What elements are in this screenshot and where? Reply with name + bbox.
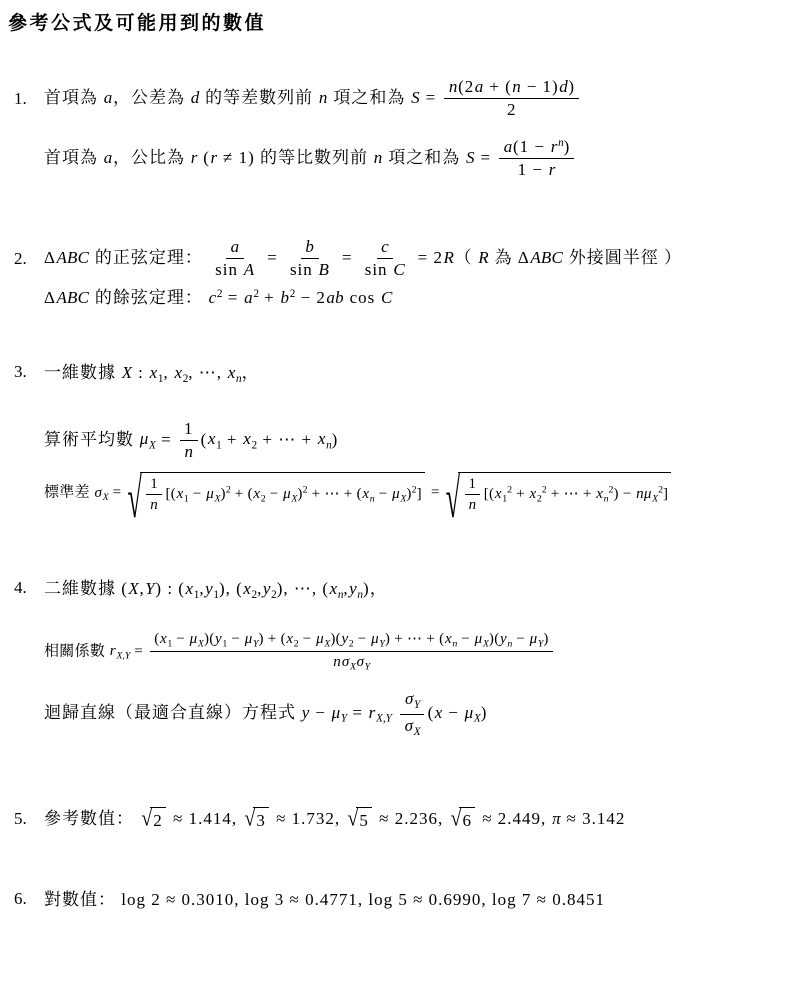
math-variable: x — [329, 579, 338, 598]
math-variable: ABC — [56, 288, 90, 307]
math-text: 6 — [462, 811, 472, 830]
math-text: )( — [330, 631, 341, 647]
math-text: − — [512, 631, 529, 647]
math-text: + ⋯ + — [257, 429, 317, 448]
math-variable: n — [150, 497, 159, 513]
math-sqrt: √1n[(x1 − μX)2 + (x2 − μX)2 + ⋯ + (xn − … — [127, 472, 424, 514]
math-text: 參考數值： — [44, 809, 139, 828]
math-text: ), ⋯, ( — [277, 579, 329, 598]
math-text: [( — [165, 486, 176, 502]
math-text: ) — [568, 77, 575, 96]
math-text: ) : ( — [155, 579, 185, 598]
math-variable: x — [317, 429, 326, 448]
math-variable: n — [448, 77, 458, 96]
math-variable: a — [103, 148, 113, 167]
math-fraction: 1n — [464, 475, 481, 514]
item-lines: 首項為 a，公差為 d 的等差數列前 n 項之和為 S = n(2a + (n … — [44, 77, 782, 181]
math-text: ) + ( — [258, 631, 285, 647]
math-sqrt: √2 — [141, 807, 165, 833]
radical-icon: √ — [244, 807, 255, 830]
math-variable: X — [121, 363, 133, 382]
formula-item-6: 6.對數值： log 2 ≈ 0.3010, log 3 ≈ 0.4771, l… — [14, 889, 782, 912]
math-variable: c — [208, 288, 217, 307]
math-variable: y — [301, 703, 310, 722]
math-text: = — [337, 248, 358, 267]
math-text: 3 — [256, 811, 266, 830]
math-text: ] — [663, 486, 668, 502]
radical-icon: √ — [347, 807, 358, 830]
math-subscript: X — [149, 439, 156, 451]
math-text: = — [156, 429, 177, 448]
formula-list: 1.首項為 a，公差為 d 的等差數列前 n 項之和為 S = n(2a + (… — [8, 77, 782, 912]
math-variable: π — [552, 809, 562, 828]
math-text: ，公差為 — [113, 88, 190, 107]
math-variable: x — [176, 486, 184, 502]
math-variable: n — [512, 77, 522, 96]
formula-item-5: 5.參考數值： √2 ≈ 1.414, √3 ≈ 1.732, √5 ≈ 2.2… — [14, 807, 782, 833]
math-variable: x — [207, 429, 216, 448]
math-text: ) + ⋯ + ( — [385, 631, 445, 647]
math-text: )， — [363, 579, 388, 598]
math-text: 首項為 — [44, 148, 103, 167]
math-text: − — [189, 486, 206, 502]
formula-line: 相關係數 rX,Y = (x1 − μX)(y1 − μY) + (x2 − μ… — [44, 630, 782, 674]
math-text: ) — [481, 703, 488, 722]
math-text: 1 — [150, 476, 158, 492]
math-variable: C — [393, 260, 406, 279]
math-text: 二維數據 ( — [44, 579, 128, 598]
math-variable: n — [318, 88, 328, 107]
item-number: 1. — [14, 77, 44, 109]
math-variable: x — [253, 486, 261, 502]
math-variable: x — [174, 363, 183, 382]
math-variable: x — [185, 579, 194, 598]
math-fraction: bsin B — [286, 237, 334, 281]
math-text: ] — [417, 486, 422, 502]
math-text: 項之和為 — [328, 88, 411, 107]
fraction-denominator: n — [180, 441, 198, 462]
math-text: ≈ 1.414, — [168, 809, 243, 828]
math-variable: x — [227, 363, 236, 382]
math-subscript: Y — [414, 699, 420, 711]
math-variable: x — [243, 579, 252, 598]
math-variable: μ — [139, 429, 149, 448]
math-variable: x — [149, 363, 158, 382]
math-text: ≈ 2.449, — [477, 809, 552, 828]
math-text: sin — [365, 260, 393, 279]
fraction-denominator: σX — [400, 715, 424, 739]
math-fraction: asin A — [211, 237, 259, 281]
math-text: (2 — [458, 77, 474, 96]
math-text: − — [310, 703, 331, 722]
math-variable: x — [434, 703, 443, 722]
math-text: ) — [564, 137, 571, 156]
radical-icon: √ — [450, 807, 461, 830]
fraction-denominator: n — [146, 495, 163, 514]
math-fraction: (x1 − μX)(y1 − μY) + (x2 − μX)(y2 − μY) … — [150, 630, 553, 674]
math-variable: R — [478, 248, 490, 267]
math-variable: r — [190, 148, 198, 167]
formula-line: 標準差 σX = √1n[(x1 − μX)2 + (x2 − μX)2 + ⋯… — [44, 472, 782, 514]
fraction-numerator: n(2a + (n − 1)d) — [444, 77, 579, 99]
math-text: 1 − — [518, 160, 549, 179]
fraction-numerator: c — [377, 237, 394, 259]
math-variable: r — [550, 137, 558, 156]
math-text: = — [475, 148, 496, 167]
math-text: + — [512, 486, 529, 502]
math-text: ≈ 2.236, — [374, 809, 449, 828]
radical-icon: √ — [446, 472, 460, 528]
math-fraction: 1n — [146, 475, 163, 514]
math-text: ≈ 1.732, — [271, 809, 346, 828]
math-variable: a — [230, 237, 240, 256]
fraction-denominator: n — [464, 495, 481, 514]
math-text: 1 — [184, 419, 194, 438]
math-fraction: 1n — [180, 419, 198, 463]
math-text: + ( — [484, 77, 512, 96]
math-text: − — [457, 631, 474, 647]
math-text: 項之和為 — [383, 148, 466, 167]
math-text: + ⋯ + — [547, 486, 596, 502]
fraction-numerator: (x1 − μX)(y1 − μY) + (x2 − μX)(y2 − μY) … — [150, 630, 553, 652]
math-text: − 2 — [295, 288, 326, 307]
fraction-denominator: nσXσY — [329, 652, 374, 673]
math-text: + ⋯ + ( — [308, 486, 362, 502]
math-subscript: X — [414, 725, 421, 737]
item-number: 5. — [14, 807, 44, 829]
math-sqrt: √3 — [244, 807, 268, 833]
item-lines: 二維數據 (X,Y) : (x1,y1), (x2,y2), ⋯, (xn,yn… — [44, 578, 782, 738]
math-text: − — [266, 486, 283, 502]
math-sqrt: √1n[(x12 + x22 + ⋯ + xn2) − nμX2] — [446, 472, 672, 514]
math-text: ), ( — [219, 579, 243, 598]
fraction-numerator: a(1 − rn) — [499, 137, 574, 160]
math-text: 一維數據 — [44, 363, 121, 382]
fraction-numerator: a — [226, 237, 244, 259]
fraction-denominator: sin C — [361, 259, 410, 280]
sqrt-body: 6 — [459, 807, 475, 833]
math-text: 5 — [359, 811, 369, 830]
math-fraction: a(1 − rn)1 − r — [499, 137, 574, 181]
item-lines: 參考數值： √2 ≈ 1.414, √3 ≈ 1.732, √5 ≈ 2.236… — [44, 807, 782, 833]
math-text: = 2 — [412, 248, 443, 267]
item-lines: 對數值： log 2 ≈ 0.3010, log 3 ≈ 0.4771, log… — [44, 889, 782, 912]
math-variable: σ — [94, 485, 103, 501]
math-text: ，公比為 — [113, 148, 190, 167]
math-text: (1 − — [513, 137, 550, 156]
formula-line: 參考數值： √2 ≈ 1.414, √3 ≈ 1.732, √5 ≈ 2.236… — [44, 807, 782, 833]
formula-item-3: 3.一維數據 X : x1, x2, ⋯, xn，算術平均數 μX = 1n(x… — [14, 362, 782, 515]
formula-line: 對數值： log 2 ≈ 0.3010, log 3 ≈ 0.4771, log… — [44, 889, 782, 912]
math-text: − — [375, 486, 392, 502]
math-variable: a — [103, 88, 113, 107]
math-text: = — [420, 88, 441, 107]
formula-line: 二維數據 (X,Y) : (x1,y1), (x2,y2), ⋯, (xn,yn… — [44, 578, 782, 603]
document-page: 參考公式及可能用到的數值 1.首項為 a，公差為 d 的等差數列前 n 項之和為… — [0, 0, 790, 998]
math-subscript: X — [474, 713, 481, 725]
math-variable: μ — [316, 631, 325, 647]
math-text: : — [133, 363, 149, 382]
math-text: , — [199, 579, 204, 598]
math-variable: r — [210, 148, 218, 167]
sqrt-body: 5 — [356, 807, 372, 833]
math-text — [392, 703, 397, 722]
math-variable: Y — [145, 579, 156, 598]
formula-line: 首項為 a，公差為 d 的等差數列前 n 項之和為 S = n(2a + (n … — [44, 77, 782, 121]
math-text: 的正弦定理： — [90, 248, 209, 267]
math-text: sin — [215, 260, 243, 279]
math-text: − 1) — [521, 77, 558, 96]
math-variable: ABC — [56, 248, 90, 267]
math-text: 首項為 — [44, 88, 103, 107]
math-fraction: n(2a + (n − 1)d)2 — [444, 77, 579, 121]
math-text: + ( — [231, 486, 253, 502]
math-variable: σ — [341, 654, 350, 670]
math-text: − — [299, 631, 316, 647]
math-variable: σ — [404, 716, 414, 735]
math-text: 算術平均數 — [44, 429, 139, 448]
math-text: ) — [543, 631, 548, 647]
formula-line: ΔABC 的正弦定理： asin A = bsin B = csin C = 2… — [44, 237, 782, 281]
math-variable: A — [243, 260, 255, 279]
math-text: 2 — [507, 100, 517, 119]
math-subscript: X,Y — [376, 713, 392, 725]
fraction-numerator: 1 — [180, 419, 198, 441]
math-text: Δ — [44, 248, 56, 267]
math-variable: b — [305, 237, 315, 256]
math-sqrt: √6 — [450, 807, 474, 833]
formula-item-1: 1.首項為 a，公差為 d 的等差數列前 n 項之和為 S = n(2a + (… — [14, 77, 782, 181]
fraction-denominator: 2 — [503, 99, 521, 120]
math-variable: n — [468, 497, 477, 513]
math-text: − — [443, 703, 464, 722]
formula-line: 一維數據 X : x1, x2, ⋯, xn， — [44, 362, 782, 387]
math-text: ) − — [613, 486, 635, 502]
math-text: 為 Δ — [489, 248, 529, 267]
math-text: , ⋯, — [188, 363, 227, 382]
math-variable: y — [262, 579, 271, 598]
sqrt-body: 2 — [150, 807, 166, 833]
math-subscript: X,Y — [116, 650, 130, 661]
math-variable: a — [503, 137, 513, 156]
math-variable: μ — [464, 703, 474, 722]
formula-line: 首項為 a，公比為 r (r ≠ 1) 的等比數列前 n 項之和為 S = a(… — [44, 137, 782, 181]
math-variable: μ — [331, 703, 341, 722]
math-text: 對數值： log 2 ≈ 0.3010, log 3 ≈ 0.4771, log… — [44, 890, 605, 909]
math-text: 相關係數 — [44, 643, 109, 659]
math-text: , — [343, 579, 348, 598]
item-number: 4. — [14, 578, 44, 598]
math-text: = — [130, 643, 147, 659]
formula-line: 迴歸直線（最適合直線）方程式 y − μY = rX,Y σYσX(x − μX… — [44, 689, 782, 739]
math-text: )( — [489, 631, 500, 647]
math-text: ≠ 1) 的等比數列前 — [218, 148, 374, 167]
math-variable: x — [596, 486, 604, 502]
math-variable: b — [280, 288, 290, 307]
fraction-numerator: 1 — [465, 475, 481, 495]
math-text: = — [262, 248, 283, 267]
math-text: 的餘弦定理： — [90, 288, 209, 307]
math-variable: nμ — [636, 486, 652, 502]
sqrt-body: 3 — [253, 807, 269, 833]
math-text: 迴歸直線（最適合直線）方程式 — [44, 703, 301, 722]
math-text: ( — [198, 148, 210, 167]
item-lines: ΔABC 的正弦定理： asin A = bsin B = csin C = 2… — [44, 237, 782, 310]
math-text: 標準差 — [44, 485, 94, 501]
math-variable: r — [368, 703, 376, 722]
math-variable: a — [474, 77, 484, 96]
radical-icon: √ — [141, 807, 152, 830]
fraction-numerator: b — [301, 237, 319, 259]
math-text: + — [222, 429, 243, 448]
math-variable: d — [190, 88, 200, 107]
formula-item-2: 2.ΔABC 的正弦定理： asin A = bsin B = csin C =… — [14, 237, 782, 310]
math-text: ， — [242, 363, 260, 382]
math-variable: ab — [326, 288, 344, 307]
math-variable: a — [244, 288, 254, 307]
math-variable: ABC — [530, 248, 564, 267]
math-text: = — [223, 288, 244, 307]
fraction-numerator: σY — [400, 689, 424, 714]
math-text: 2 — [153, 811, 163, 830]
sqrt-body: 1n[(x1 − μX)2 + (x2 − μX)2 + ⋯ + (xn − μ… — [140, 472, 425, 514]
math-text: − — [354, 631, 371, 647]
math-variable: c — [381, 237, 390, 256]
math-text: , — [163, 363, 174, 382]
page-title: 參考公式及可能用到的數值 — [8, 8, 782, 35]
math-variable: S — [411, 88, 421, 107]
math-variable: μ — [283, 486, 292, 502]
math-variable: d — [559, 77, 569, 96]
item-lines: 一維數據 X : x1, x2, ⋯, xn，算術平均數 μX = 1n(x1 … — [44, 362, 782, 515]
formula-item-4: 4.二維數據 (X,Y) : (x1,y1), (x2,y2), ⋯, (xn,… — [14, 578, 782, 738]
formula-line: ΔABC 的餘弦定理： c2 = a2 + b2 − 2ab cos C — [44, 287, 782, 310]
math-text: 的等差數列前 — [200, 88, 319, 107]
math-variable: y — [341, 631, 349, 647]
math-variable: μ — [189, 631, 198, 647]
item-number: 6. — [14, 889, 44, 909]
math-text: cos — [344, 288, 380, 307]
math-text: = — [109, 485, 126, 501]
math-variable: μ — [474, 631, 483, 647]
math-variable: x — [529, 486, 537, 502]
math-variable: x — [362, 486, 370, 502]
fraction-denominator: sin B — [286, 259, 334, 280]
math-text: ) — [332, 429, 339, 448]
math-subscript: Y — [365, 661, 371, 672]
radical-icon: √ — [127, 472, 141, 528]
math-text: 1 — [469, 476, 477, 492]
math-text: − — [227, 631, 244, 647]
math-variable: B — [318, 260, 330, 279]
item-number: 2. — [14, 237, 44, 269]
math-fraction: σYσX — [400, 689, 424, 739]
math-sqrt: √5 — [347, 807, 371, 833]
math-text: = — [427, 485, 444, 501]
math-variable: μ — [529, 631, 538, 647]
math-text: （ — [455, 248, 478, 267]
sqrt-body: 1n[(x12 + x22 + ⋯ + xn2) − nμX2] — [458, 472, 671, 514]
math-variable: x — [243, 429, 252, 448]
fraction-denominator: sin A — [211, 259, 259, 280]
math-variable: r — [548, 160, 556, 179]
math-text: sin — [290, 260, 318, 279]
math-variable: C — [381, 288, 394, 307]
math-variable: μ — [244, 631, 253, 647]
formula-line: 算術平均數 μX = 1n(x1 + x2 + ⋯ + xn) — [44, 419, 782, 463]
math-text: = — [347, 703, 368, 722]
math-variable: n — [373, 148, 383, 167]
math-text: Δ — [44, 288, 56, 307]
math-variable: S — [465, 148, 475, 167]
fraction-numerator: 1 — [146, 475, 162, 495]
math-variable: n — [184, 442, 194, 461]
math-variable: R — [443, 248, 455, 267]
math-text: ≈ 3.142 — [561, 809, 625, 828]
math-variable: x — [286, 631, 294, 647]
math-text: − — [172, 631, 189, 647]
math-text: + — [259, 288, 280, 307]
item-number: 3. — [14, 362, 44, 382]
math-text: )( — [204, 631, 215, 647]
math-variable: σ — [356, 654, 365, 670]
math-variable: X — [128, 579, 140, 598]
math-text: , — [140, 579, 145, 598]
math-variable: σ — [404, 689, 414, 708]
math-text: [( — [484, 486, 495, 502]
math-text: 外接圓半徑 ） — [564, 248, 683, 267]
fraction-denominator: 1 − r — [514, 159, 560, 180]
math-fraction: csin C — [361, 237, 410, 281]
